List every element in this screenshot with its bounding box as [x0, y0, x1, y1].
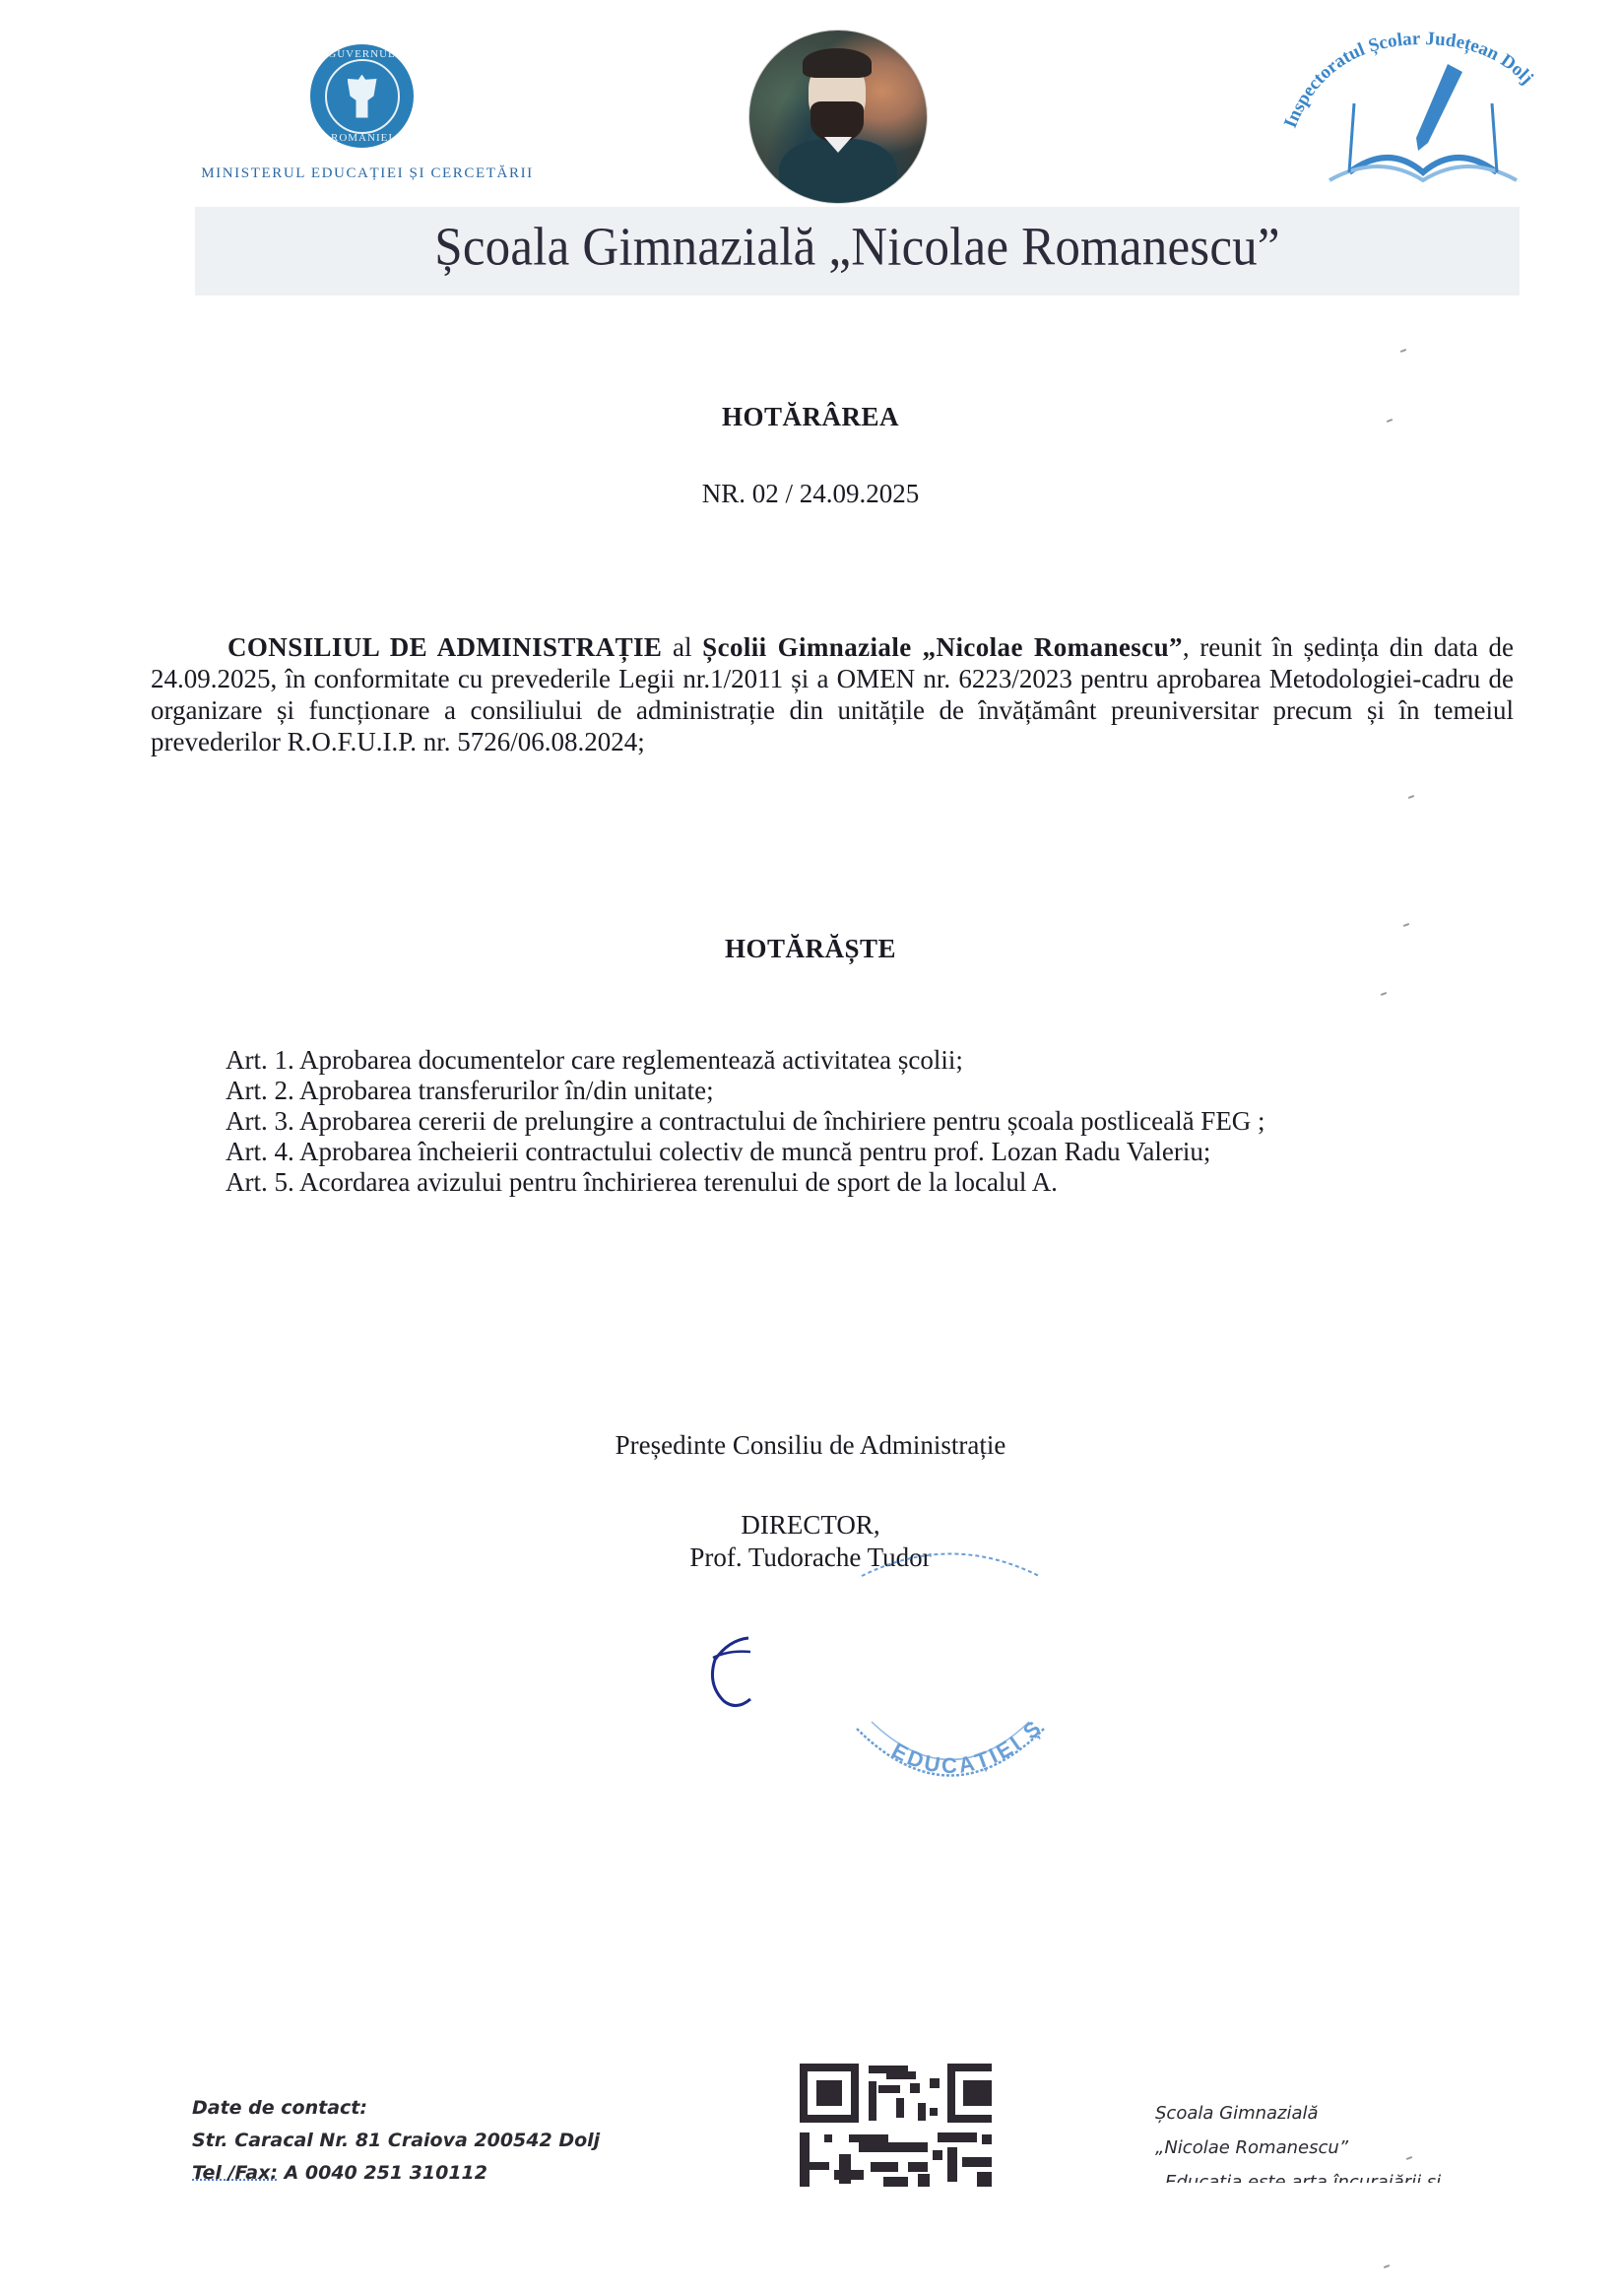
director-name: Prof. Tudorache Tudor: [0, 1542, 1621, 1573]
footer-contact-block: Date de contact: Str. Caracal Nr. 81 Cra…: [192, 2092, 600, 2190]
president-title: Președinte Consiliu de Administrație: [0, 1430, 1621, 1461]
nicolae-romanescu-portrait: [748, 30, 928, 204]
contact-label: Date de contact:: [192, 2092, 600, 2125]
contact-address: Str. Caracal Nr. 81 Craiova 200542 Dolj: [192, 2125, 600, 2157]
contact-phone: Tel /Fax: A 0040 251 310112: [192, 2157, 600, 2190]
footer-school-line-2: „Nicolae Romanescu”: [1155, 2131, 1441, 2165]
council-name: CONSILIUL DE ADMINISTRAȚIE: [227, 632, 662, 662]
footer-motto-cut: Educația este arta încurajării și: [1155, 2165, 1441, 2183]
article-item: Art. 2. Aprobarea transferurilor în/din …: [226, 1076, 1506, 1106]
qr-code-icon: [800, 2064, 992, 2187]
isj-dolj-logo: Inspectoratul Școlar Județean Dolj: [1261, 25, 1586, 192]
footer-school-line-1: Școala Gimnazială: [1155, 2096, 1441, 2131]
article-item: Art. 5. Acordarea avizului pentru închir…: [226, 1167, 1506, 1198]
gov-seal-bottom-text: ROMÂNIEI: [310, 132, 414, 144]
gov-seal-ring: [325, 59, 400, 134]
articles-list: Art. 1. Aprobarea documentelor care regl…: [226, 1045, 1506, 1198]
eagle-coat-of-arms-icon: [348, 75, 377, 118]
government-seal-logo: GUVERNUL ROMÂNIEI: [310, 44, 414, 148]
decision-heading: HOTĂRÂREA: [0, 402, 1621, 432]
footer-school-block: Școala Gimnazială „Nicolae Romanescu” Ed…: [1155, 2096, 1441, 2183]
decides-heading: HOTĂRĂȘTE: [0, 934, 1621, 964]
open-book-pen-icon: Inspectoratul Școlar Județean Dolj: [1261, 25, 1586, 192]
svg-text:Inspectoratul Școlar Județean: Inspectoratul Școlar Județean Dolj: [1280, 29, 1537, 131]
director-title: DIRECTOR,: [0, 1510, 1621, 1541]
school-name-genitive: Școlii Gimnaziale „Nicolae Romanescu”: [702, 632, 1183, 662]
decision-number: NR. 02 / 24.09.2025: [0, 479, 1621, 509]
ministry-name: MINISTERUL EDUCAȚIEI ȘI CERCETĂRII: [136, 165, 599, 182]
article-item: Art. 1. Aprobarea documentelor care regl…: [226, 1045, 1506, 1076]
handwritten-signature: [709, 1630, 758, 1714]
article-item: Art. 4. Aprobarea încheierii contractulu…: [226, 1137, 1506, 1167]
official-stamp: EDUCAȚIEI ȘI: [842, 1537, 1059, 1803]
preamble-paragraph: CONSILIUL DE ADMINISTRAȚIE al Școlii Gim…: [151, 631, 1514, 757]
article-item: Art. 3. Aprobarea cererii de prelungire …: [226, 1106, 1506, 1137]
school-title: Școala Gimnazială „Nicolae Romanescu”: [195, 217, 1520, 279]
